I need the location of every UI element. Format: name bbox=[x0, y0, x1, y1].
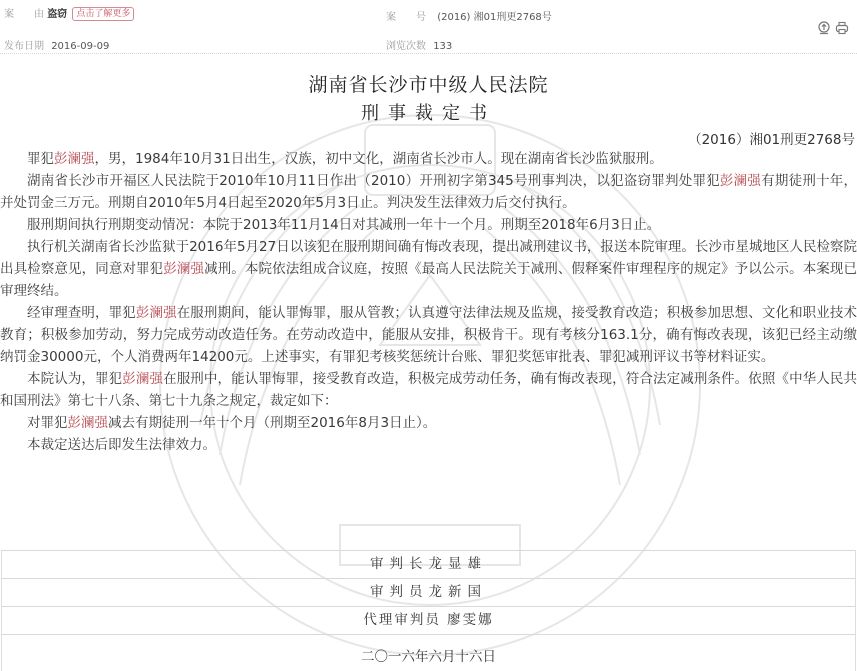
ruling-paragraph: 经审理查明，罪犯彭澜强在服刑期间，能认罪悔罪，服从管教；认真遵守法律法规及监规，… bbox=[0, 302, 857, 368]
header-divider bbox=[0, 53, 857, 54]
criminal-name-highlight: 彭澜强 bbox=[54, 151, 95, 167]
ruling-paragraph: 执行机关湖南省长沙监狱于2016年5月27日以该犯在服刑期间确有悔改表现，提出减… bbox=[0, 236, 857, 302]
publish-date-label: 发布日期 bbox=[4, 41, 44, 52]
views-value: 133 bbox=[433, 41, 452, 52]
publish-date-value: 2016-09-09 bbox=[51, 41, 109, 52]
ruling-paragraph: 本裁定送达后即发生法律效力。 bbox=[0, 434, 857, 456]
paragraph-text: 本裁定送达后即发生法律效力。 bbox=[27, 437, 216, 453]
case-number-value: (2016) 湘01刑更2768号 bbox=[437, 12, 552, 23]
case-cause-value: 盗窃 bbox=[47, 9, 67, 20]
ruling-paragraph: 湖南省长沙市开福区人民法院于2010年10月11日作出（2010）开刑初字第34… bbox=[0, 170, 857, 214]
learn-more-badge[interactable]: 点击了解更多 bbox=[72, 7, 134, 21]
criminal-name-highlight: 彭澜强 bbox=[163, 261, 204, 277]
criminal-name-highlight: 彭澜强 bbox=[122, 371, 163, 387]
ruling-paragraph: 对罪犯彭澜强减去有期徒刑一年十个月（刑期至2016年8月3日止）。 bbox=[0, 412, 857, 434]
case-number-row: 案 号 (2016) 湘01刑更2768号 bbox=[386, 8, 552, 23]
document-case-number: （2016）湘01刑更2768号 bbox=[688, 128, 855, 148]
paragraph-text: 经审理查明，罪犯 bbox=[27, 305, 136, 321]
ruling-date: 二〇一六年六月十六日 bbox=[2, 634, 855, 671]
paragraph-text: 湖南省长沙市开福区人民法院于2010年10月11日作出（2010）开刑初字第34… bbox=[27, 173, 720, 189]
criminal-name-highlight: 彭澜强 bbox=[136, 305, 177, 321]
case-number-label: 案 号 bbox=[386, 12, 426, 23]
views-label: 浏览次数 bbox=[386, 41, 426, 52]
paragraph-text: 服刑期间执行刑期变动情况：本院于2013年11月14日对其减刑一年十一个月。刑期… bbox=[27, 217, 660, 233]
ruling-paragraph: 本院认为，罪犯彭澜强在服刑中，能认罪悔罪，接受教育改造，积极完成劳动任务，确有悔… bbox=[0, 368, 857, 412]
ruling-paragraphs: 罪犯彭澜强，男，1984年10月31日出生，汉族，初中文化，湖南省长沙市人。现在… bbox=[0, 148, 857, 456]
print-icon[interactable] bbox=[835, 20, 849, 34]
signature-table: 审判长龙显雄 审判员龙新国 代理审判员 廖雯娜 二〇一六年六月十六日 bbox=[1, 550, 856, 671]
acting-judge-signature: 代理审判员 廖雯娜 bbox=[2, 606, 855, 634]
paragraph-text: 罪犯 bbox=[27, 151, 54, 167]
case-meta-header: 案 由 盗窃 点击了解更多 案 号 (2016) 湘01刑更2768号 发布日期… bbox=[0, 0, 857, 54]
views-row: 浏览次数 133 bbox=[386, 37, 452, 52]
court-name: 湖南省长沙市中级人民法院 bbox=[0, 70, 857, 97]
ruling-paragraph: 服刑期间执行刑期变动情况：本院于2013年11月14日对其减刑一年十一个月。刑期… bbox=[0, 214, 857, 236]
publish-date-row: 发布日期 2016-09-09 bbox=[4, 37, 109, 52]
judge-signature: 审判员龙新国 bbox=[2, 578, 855, 606]
paragraph-text: ，男，1984年10月31日出生，汉族，初中文化，湖南省长沙市人。现在湖南省长沙… bbox=[95, 151, 663, 167]
presiding-judge-signature: 审判长龙显雄 bbox=[2, 550, 855, 578]
criminal-name-highlight: 彭澜强 bbox=[720, 173, 761, 189]
case-cause-label: 案 由 bbox=[4, 9, 44, 20]
paragraph-text: 减去有期徒刑一年十个月（刑期至2016年8月3日止）。 bbox=[108, 415, 436, 431]
paragraph-text: 本院认为，罪犯 bbox=[27, 371, 122, 387]
ruling-paragraph: 罪犯彭澜强，男，1984年10月31日出生，汉族，初中文化，湖南省长沙市人。现在… bbox=[0, 148, 857, 170]
case-cause-row: 案 由 盗窃 点击了解更多 bbox=[4, 5, 134, 21]
document-type-title: 刑事裁定书 bbox=[0, 99, 857, 125]
criminal-name-highlight: 彭澜强 bbox=[68, 415, 109, 431]
paragraph-text: 对罪犯 bbox=[27, 415, 68, 431]
action-icons bbox=[817, 20, 849, 34]
share-icon[interactable] bbox=[817, 20, 831, 34]
